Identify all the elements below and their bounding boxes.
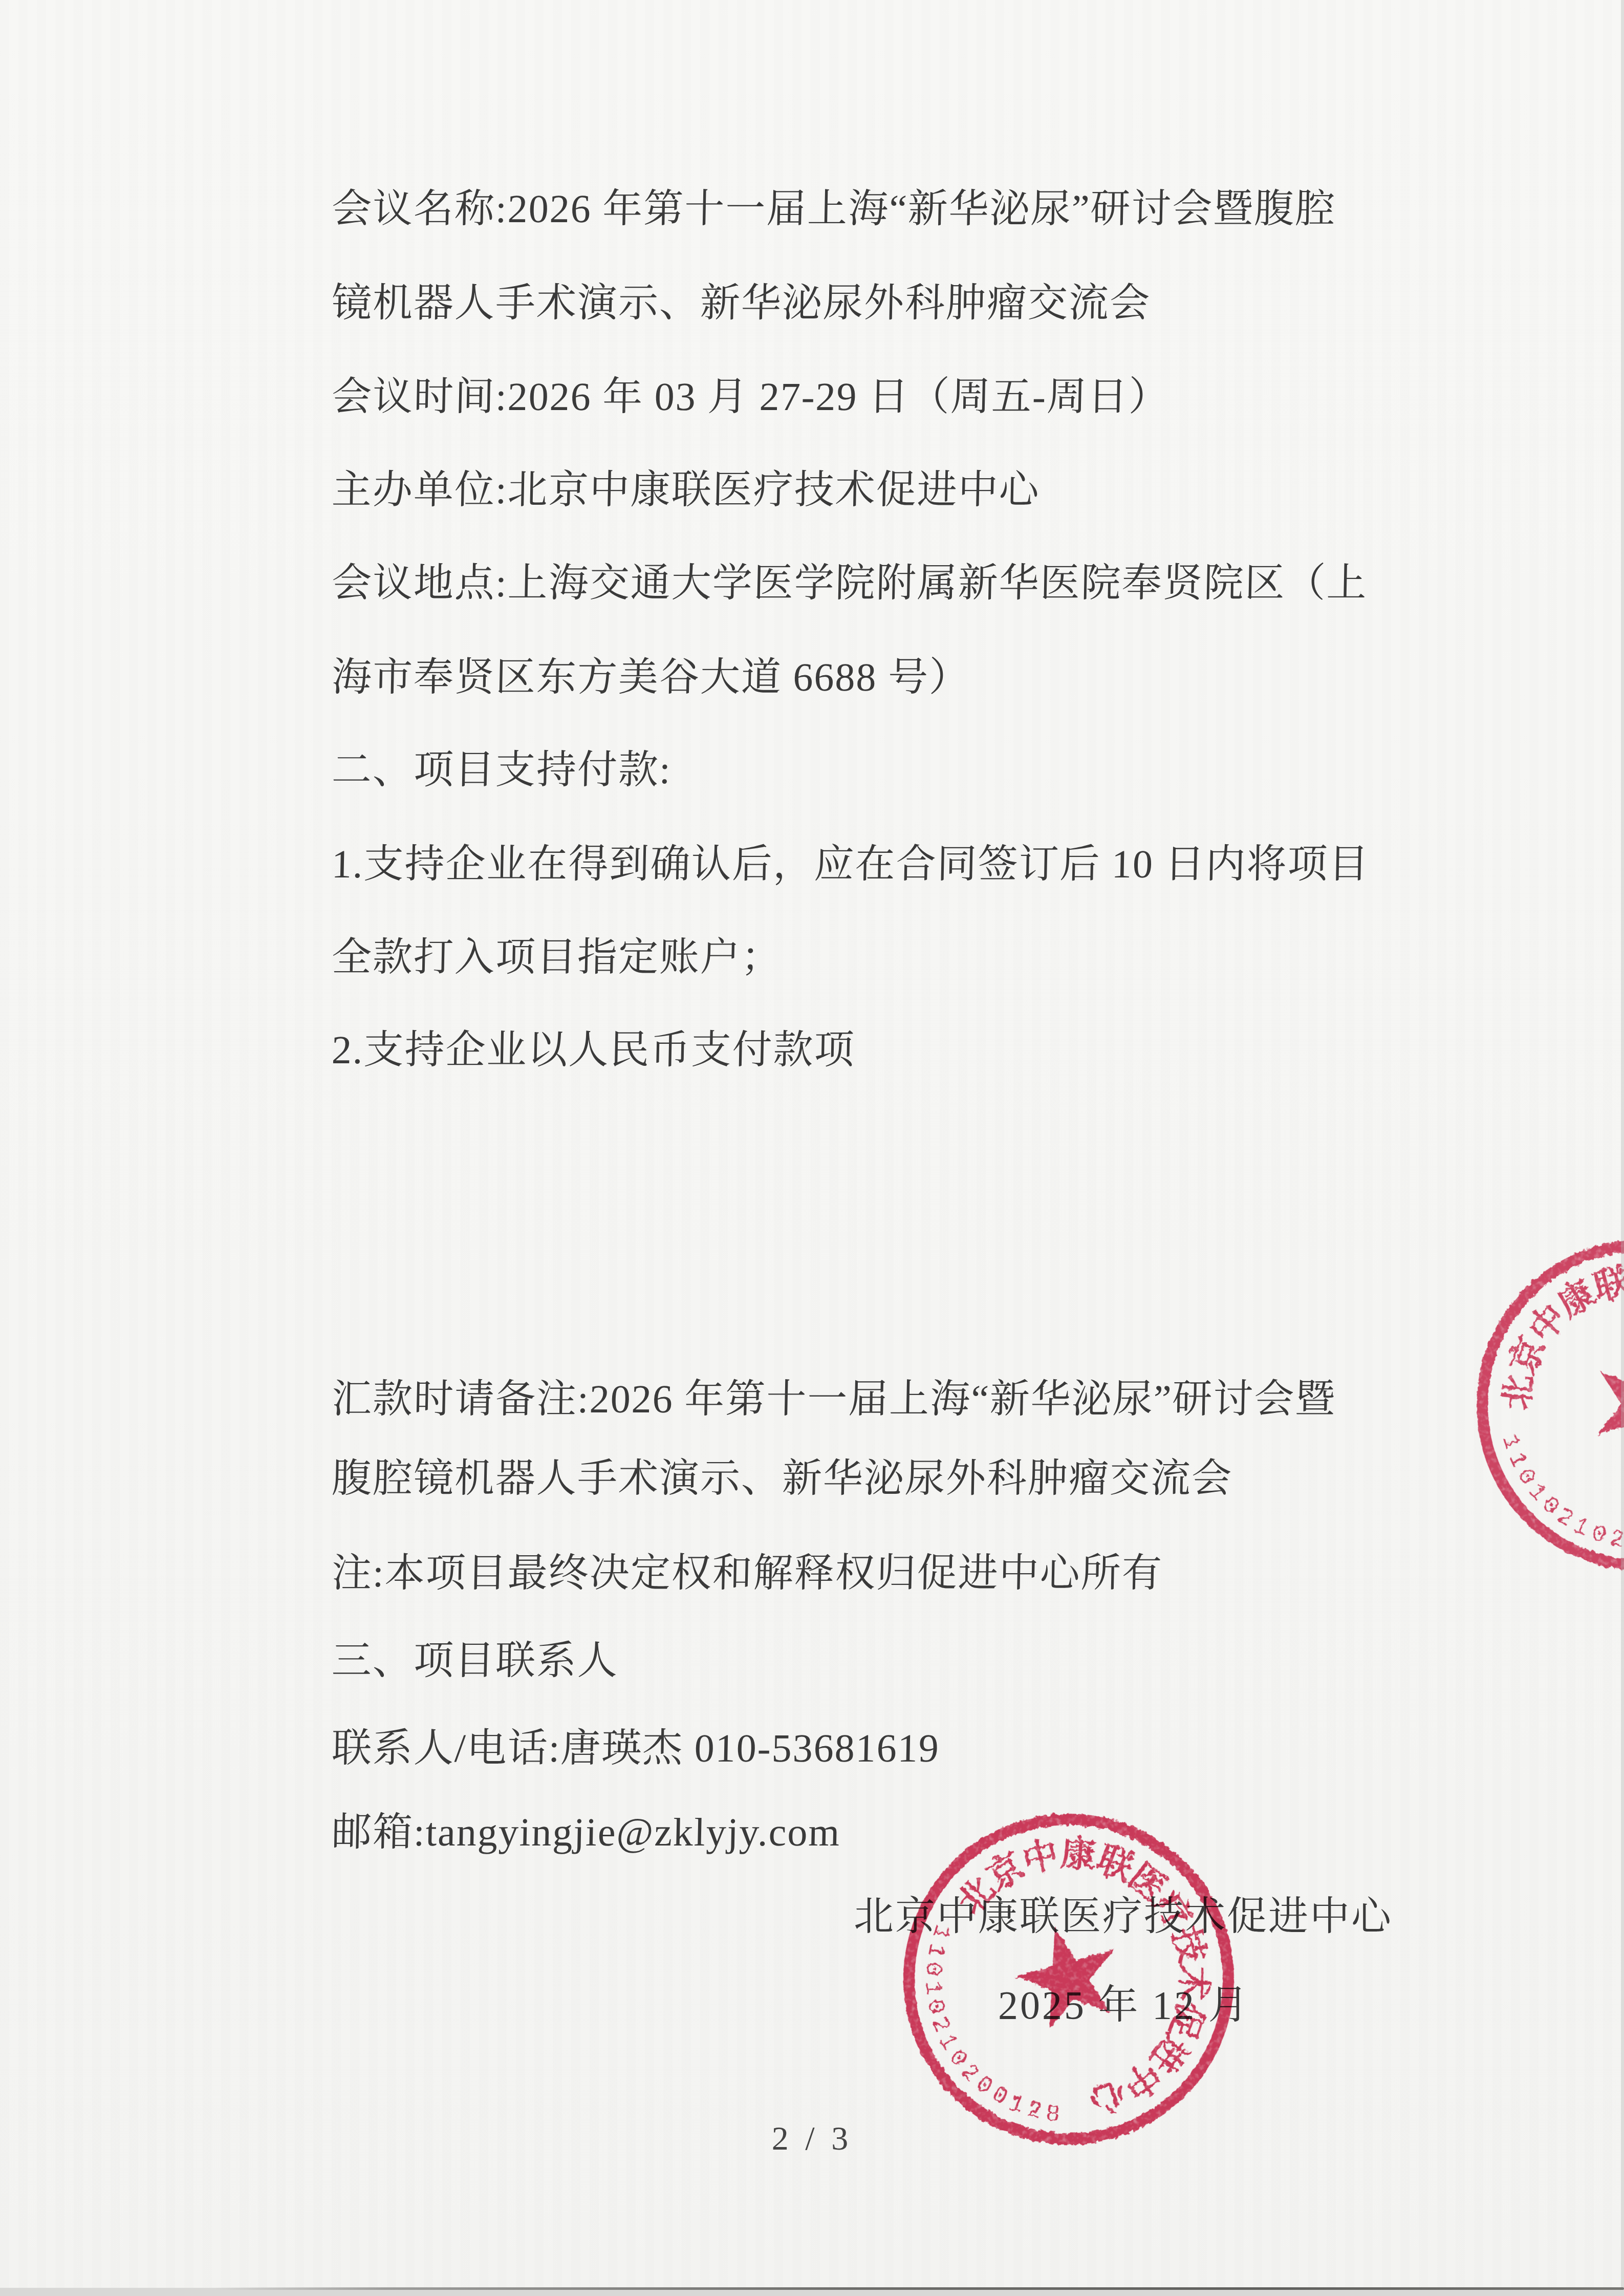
page-number: 2 / 3: [0, 2122, 1624, 2156]
doc-line-payment-2: 2.支持企业以人民币支付款项: [331, 1030, 855, 1070]
doc-line-remit-note-2: 腹腔镜机器人手术演示、新华泌尿外科肿瘤交流会: [331, 1458, 1233, 1498]
official-seal-right-edge: [1436, 1199, 1624, 1612]
scan-edge-right: [1621, 0, 1624, 2296]
seal-overlay: 北京中康联医疗技术促进中心 11010210200128: [0, 0, 1624, 2296]
doc-line-venue-2: 海市奉贤区东方美谷大道 6688 号）: [331, 657, 970, 697]
doc-line-section-3: 三、项目联系人: [331, 1641, 619, 1681]
doc-line-contact-email: 邮箱:tangyingjie@zklyjy.com: [331, 1812, 841, 1852]
doc-line-organizer: 主办单位:北京中康联医疗技术促进中心: [331, 470, 1040, 510]
doc-line-meeting-name-1: 会议名称:2026 年第十一届上海“新华泌尿”研讨会暨腹腔: [331, 189, 1336, 229]
doc-line-disclaimer: 注:本项目最终决定权和解释权归促进中心所有: [331, 1553, 1163, 1593]
signoff-date: 2025 年 12 月: [998, 1985, 1250, 2025]
doc-line-meeting-name-2: 镜机器人手术演示、新华泌尿外科肿瘤交流会: [331, 283, 1151, 323]
doc-line-venue-1: 会议地点:上海交通大学医学院附属新华医院奉贤院区（上: [331, 563, 1368, 603]
scan-edge-line: [215, 2287, 1624, 2290]
doc-line-remit-note-1: 汇款时请备注:2026 年第十一届上海“新华泌尿”研讨会暨: [331, 1379, 1336, 1419]
doc-line-section-2: 二、项目支持付款:: [331, 750, 672, 790]
doc-line-meeting-time: 会议时间:2026 年 03 月 27-29 日（周五-周日）: [331, 377, 1170, 417]
doc-line-payment-1b: 全款打入项目指定账户；: [331, 937, 783, 977]
signoff-organization: 北京中康联医疗技术促进中心: [854, 1897, 1393, 1937]
scanned-document-page: 会议名称:2026 年第十一届上海“新华泌尿”研讨会暨腹腔 镜机器人手术演示、新…: [0, 0, 1624, 2296]
doc-line-contact-phone: 联系人/电话:唐瑛杰 010-53681619: [331, 1728, 940, 1768]
doc-line-payment-1a: 1.支持企业在得到确认后，应在合同签订后 10 日内将项目: [331, 844, 1370, 884]
